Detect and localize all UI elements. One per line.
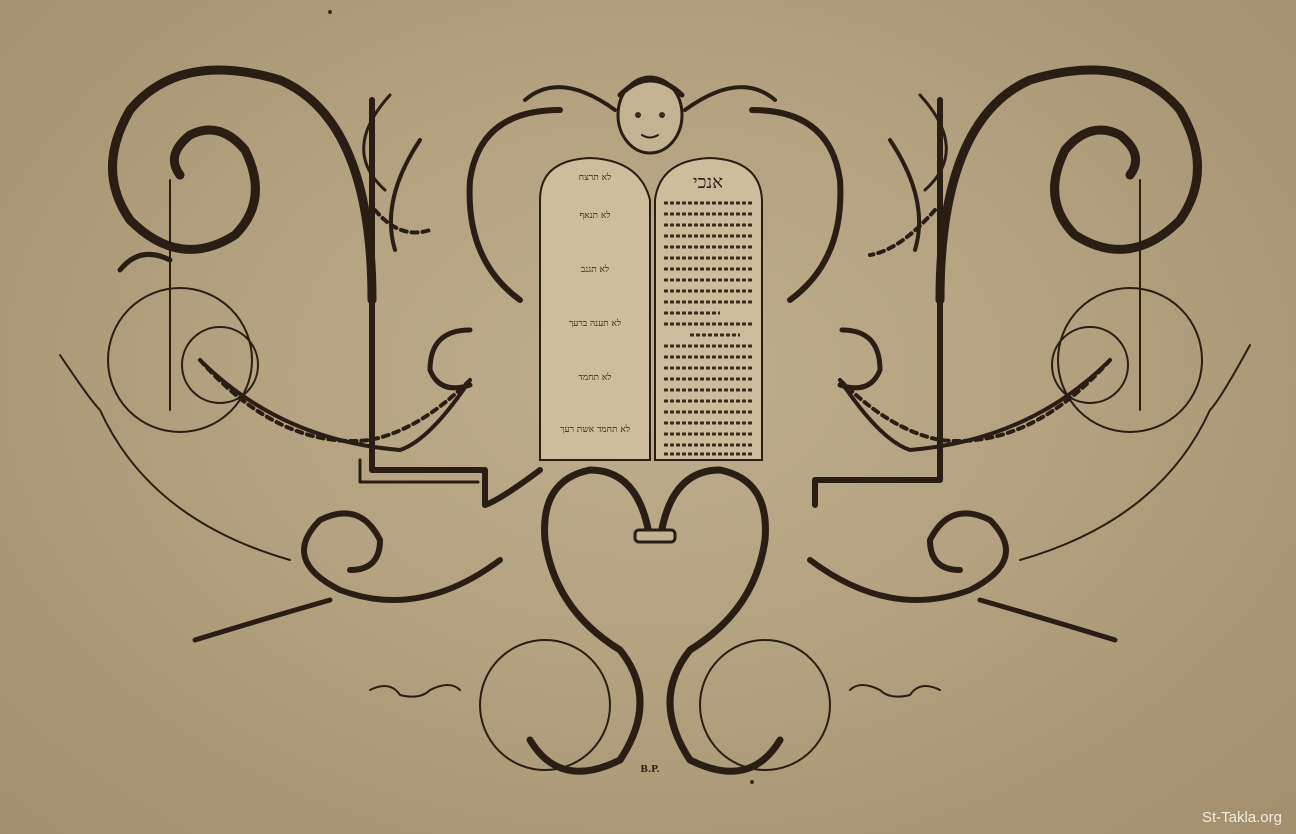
watermark-text: St-Takla.org xyxy=(1202,809,1282,826)
svg-text:לא תרצח: לא תרצח xyxy=(579,172,611,183)
svg-text:לא תגנב: לא תגנב xyxy=(581,264,609,275)
engraving-image: אנכי לא תרצח לא תנאף לא תגנב לא תענה ברע… xyxy=(0,0,1296,834)
left-scroll xyxy=(60,70,470,560)
ornament-illustration: אנכי לא תרצח לא תנאף לא תגנב לא תענה ברע… xyxy=(0,0,1296,834)
right-scroll xyxy=(840,70,1250,560)
tablets: אנכי לא תרצח לא תנאף לא תגנב לא תענה ברע… xyxy=(540,158,762,460)
cherub-head xyxy=(525,77,775,153)
svg-text:לא תענה ברעך: לא תענה ברעך xyxy=(569,318,621,329)
svg-text:לא תחמד אשת רעך: לא תחמד אשת רעך xyxy=(560,424,630,435)
svg-text:אנכי: אנכי xyxy=(693,172,723,193)
svg-text:לא תחמד: לא תחמד xyxy=(579,372,612,383)
svg-text:B.P.: B.P. xyxy=(640,765,659,775)
bottom-scrolls xyxy=(195,470,1115,771)
svg-text:לא תנאף: לא תנאף xyxy=(580,210,611,221)
